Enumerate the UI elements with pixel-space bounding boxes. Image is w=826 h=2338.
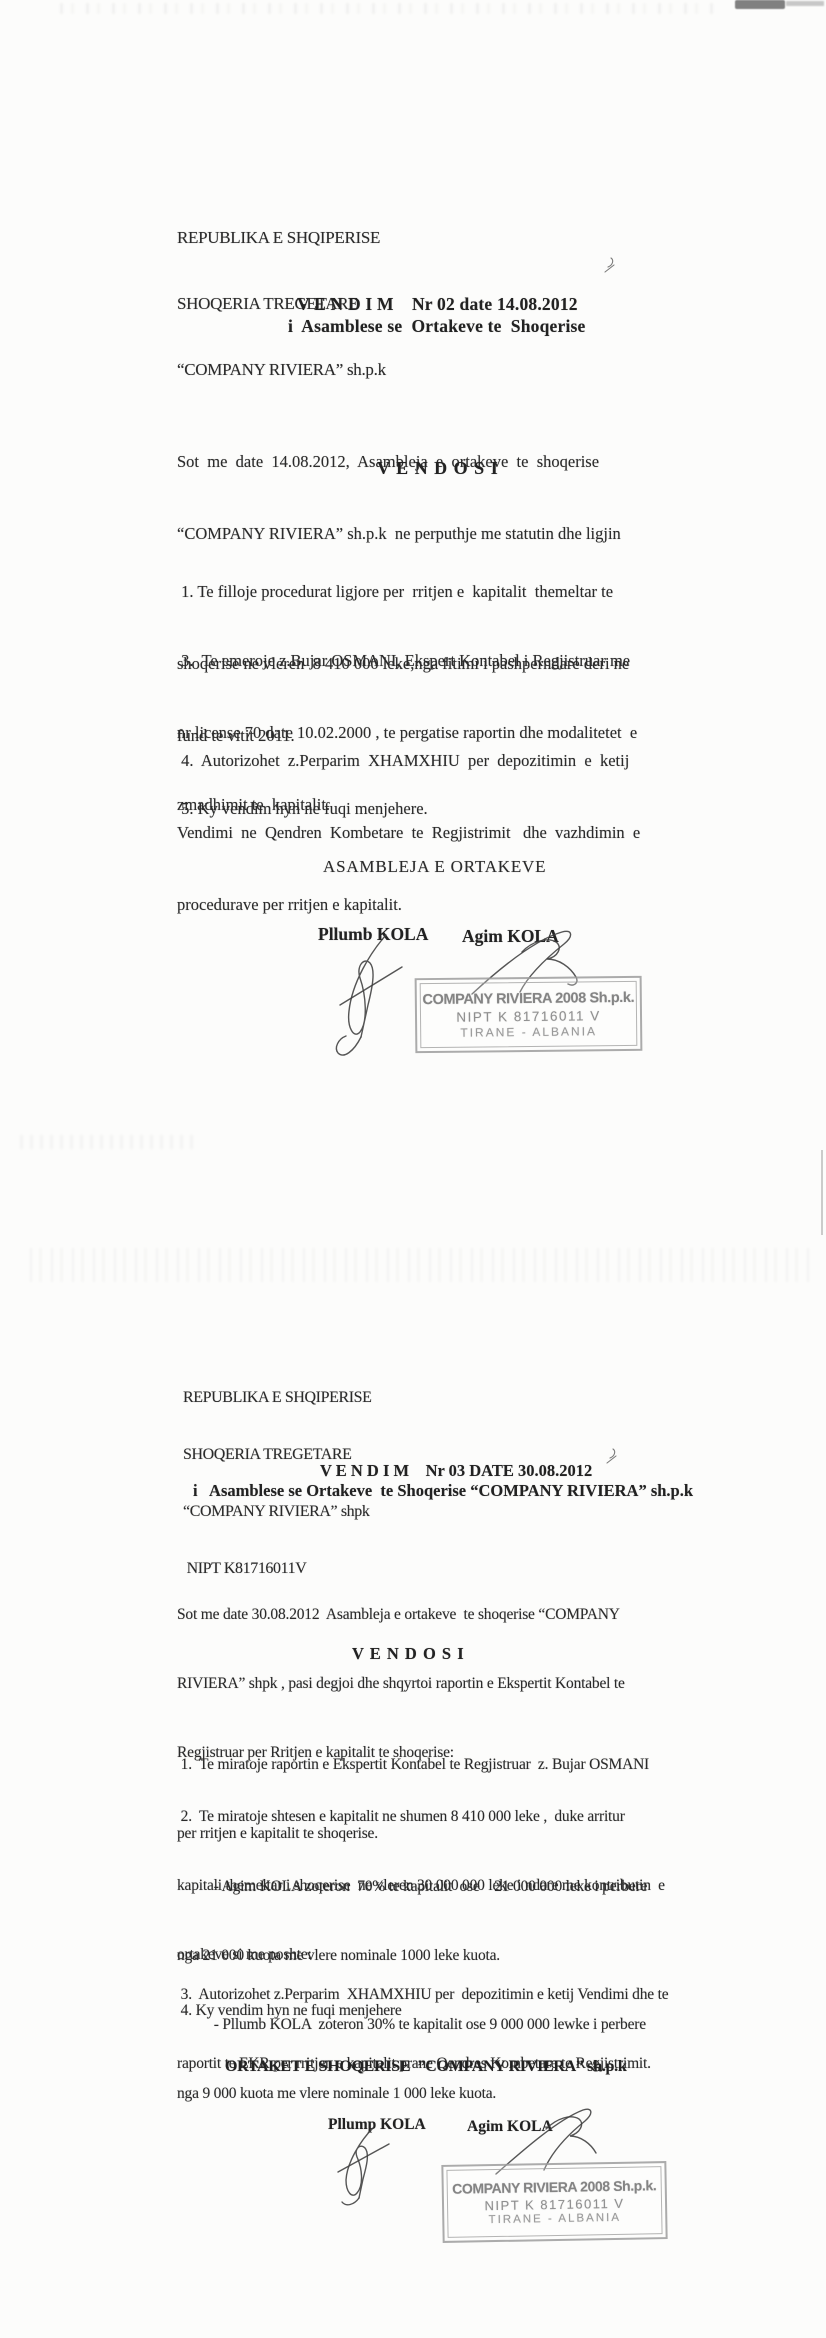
scan-edge-right: [821, 1150, 823, 1235]
company-header-line: “COMPANY RIVIERA” shpk: [183, 1502, 372, 1521]
decision-subtitle: i Asamblese se Ortakeve te Shoqerise “CO…: [193, 1481, 693, 1501]
share-agim-line: - Agim KOLA zoteron 70% te kapitalit ose…: [177, 1875, 647, 1898]
scan-noise-top: [60, 3, 720, 14]
company-stamp: COMPANY RIVIERA 2008 Sh.p.k. NIPT K 8171…: [415, 976, 643, 1053]
decision-title: V E N D I M Nr 03 DATE 30.08.2012: [320, 1461, 592, 1481]
signature-pllump-kola: [333, 2126, 399, 2208]
company-stamp-inner-border: COMPANY RIVIERA 2008 Sh.p.k. NIPT K 8171…: [446, 2166, 662, 2238]
item-4-line: 4. Autorizohet z.Perparim XHAMXHIU per d…: [177, 749, 640, 773]
pen-mark-icon: [605, 1447, 619, 1467]
assembly-heading: ASAMBLEJA E ORTAKEVE: [323, 857, 546, 877]
scan-band-left: [20, 1135, 200, 1149]
stamp-city: TIRANE - ALBANIA: [421, 1023, 636, 1039]
item-2-line: 2. Te miratoje shtesen e kapitalit ne sh…: [177, 1805, 665, 1828]
company-header-line: “COMPANY RIVIERA” sh.p.k: [177, 359, 386, 381]
closing-heading: ORTAKET E SHOQERISE ”COMPANY RIVIERA” sh…: [225, 2058, 626, 2076]
scan-smudge-top-right-tail: [786, 1, 824, 6]
company-header-line: REPUBLIKA E SHQIPERISE: [177, 227, 386, 249]
vendosi-heading: V E N D O S I: [377, 458, 499, 479]
signature-pllumb-kola: [330, 933, 420, 1061]
item-4-line: Vendimi ne Qendren Kombetare te Regjistr…: [177, 821, 640, 845]
stamp-city: TIRANE - ALBANIA: [448, 2211, 661, 2227]
stamp-company-name: COMPANY RIVIERA 2008 Sh.p.k.: [448, 2177, 661, 2197]
company-stamp-inner-border: COMPANY RIVIERA 2008 Sh.p.k. NIPT K 8171…: [420, 981, 638, 1048]
item-4-line: procedurave per rritjen e kapitalit.: [177, 893, 640, 917]
item-5-line: 5. Ky vendim hyn ne fuqi menjehere.: [177, 797, 428, 821]
decision-title: V E N D I M Nr 02 date 14.08.2012: [297, 294, 578, 315]
scanned-document: REPUBLIKA E SHQIPERISE SHOQERIA TREGETAR…: [0, 0, 826, 2338]
item-4-line: 4. Ky vendim hyn ne fuqi menjehere: [177, 1999, 402, 2022]
intro-line: Sot me date 30.08.2012 Asambleja e ortak…: [177, 1603, 625, 1626]
vendosi-heading: V E N D O S I: [352, 1644, 465, 1664]
stamp-nipt: NIPT K 81716011 V: [421, 1007, 636, 1024]
pen-mark-icon: [603, 256, 617, 276]
company-stamp: COMPANY RIVIERA 2008 Sh.p.k. NIPT K 8171…: [441, 2161, 667, 2243]
stamp-company-name: COMPANY RIVIERA 2008 Sh.p.k.: [421, 989, 636, 1007]
decision-subtitle: i Asamblese se Ortakeve te Shoqerise: [288, 316, 585, 337]
company-header-line: REPUBLIKA E SHQIPERISE: [183, 1388, 372, 1407]
intro-line: RIVIERA” shpk , pasi degjoi dhe shqyrtoi…: [177, 1672, 625, 1695]
scan-band-page-break: [30, 1248, 816, 1282]
item-3-line: 3. Te emeroje z.Bujar OSMANI, Ekspert Ko…: [177, 649, 637, 673]
scan-smudge-top-right: [735, 0, 785, 9]
